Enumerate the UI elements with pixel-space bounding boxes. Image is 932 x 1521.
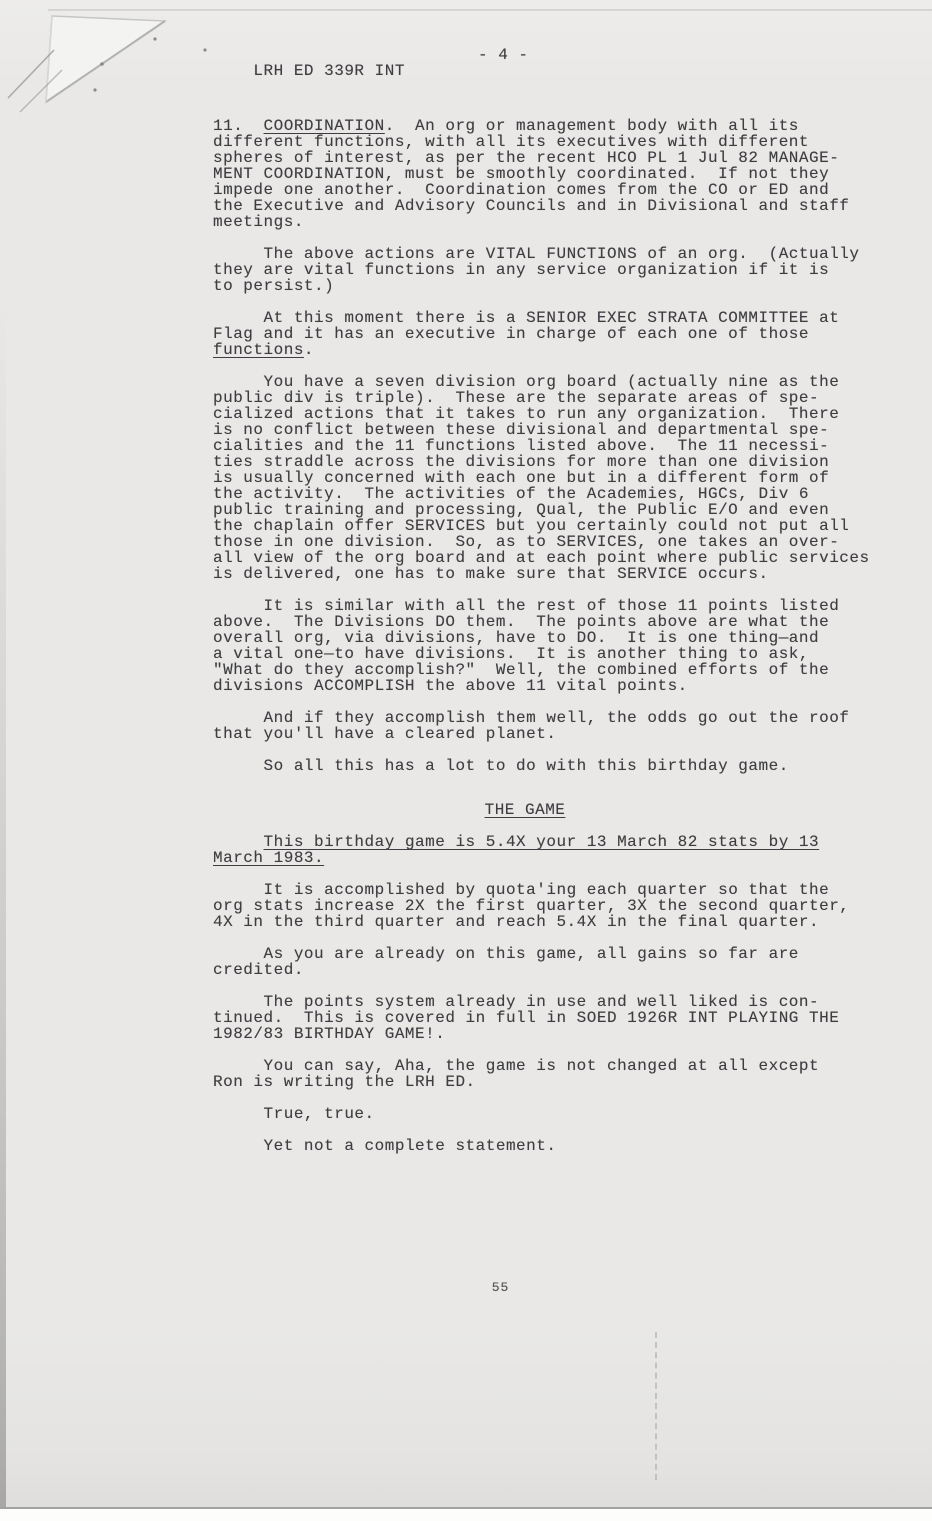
text-run: And if they accomplish them well, the od… <box>213 709 849 743</box>
paragraph: As you are already on this game, all gai… <box>213 946 903 978</box>
paragraph: You can say, Aha, the game is not change… <box>213 1058 903 1090</box>
paper-bottom-edge <box>0 1507 932 1521</box>
text-run: It is accomplished by quota'ing each qua… <box>213 881 849 931</box>
text-run: . An org or management body with all its… <box>213 117 849 231</box>
text-run: You have a seven division org board (act… <box>213 373 870 583</box>
header-page-marker: - 4 - <box>478 47 529 63</box>
paragraph: Yet not a complete statement. <box>213 1138 903 1154</box>
paragraph: The above actions are VITAL FUNCTIONS of… <box>213 246 903 294</box>
paragraph: You have a seven division org board (act… <box>213 374 903 582</box>
paragraph: At this moment there is a SENIOR EXEC ST… <box>213 310 903 358</box>
text-run: At this moment there is a SENIOR EXEC ST… <box>213 309 839 343</box>
text-run: The points system already in use and wel… <box>213 993 839 1043</box>
paragraph: It is accomplished by quota'ing each qua… <box>213 882 903 930</box>
scan-edge-shadow <box>0 300 6 1507</box>
page-fold-corner-decoration <box>0 0 230 190</box>
text-run: Yet not a complete statement. <box>213 1137 556 1155</box>
section-heading: THE GAME <box>213 802 837 818</box>
document-id: LRH ED 339R INT <box>253 62 405 80</box>
staple-hole-dot <box>100 62 104 66</box>
underlined-text: This birthday game is 5.4X your 13 March… <box>213 833 819 867</box>
footer-page-number: 55 <box>213 1281 788 1294</box>
paragraph: True, true. <box>213 1106 903 1122</box>
document-body: 11. COORDINATION. An org or management b… <box>213 118 903 1154</box>
text-run: The above actions are VITAL FUNCTIONS of… <box>213 245 860 295</box>
text-run: So all this has a lot to do with this bi… <box>213 757 789 775</box>
text-run: You can say, Aha, the game is not change… <box>213 1057 819 1091</box>
paragraph: So all this has a lot to do with this bi… <box>213 758 903 774</box>
paragraph: The points system already in use and wel… <box>213 994 903 1042</box>
paragraph: This birthday game is 5.4X your 13 March… <box>213 834 903 866</box>
paragraph: And if they accomplish them well, the od… <box>213 710 903 742</box>
paragraph: It is similar with all the rest of those… <box>213 598 903 694</box>
scanned-document-page: LRH ED 339R INT - 4 - 11. COORDINATION. … <box>0 0 932 1521</box>
staple-hole-dot <box>93 88 96 91</box>
underlined-text: THE GAME <box>485 801 566 819</box>
staple-hole-dot <box>203 48 206 51</box>
text-run: . <box>304 341 314 359</box>
staple-hole-dot <box>153 37 156 40</box>
text-run: True, true. <box>213 1105 375 1123</box>
text-run: As you are already on this game, all gai… <box>213 945 799 979</box>
text-run: It is similar with all the rest of those… <box>213 597 839 695</box>
underlined-text: functions <box>213 341 304 359</box>
paragraph: 11. COORDINATION. An org or management b… <box>213 118 903 230</box>
scan-smudge-artifact <box>655 1332 657 1480</box>
page-header: LRH ED 339R INT - 4 - <box>213 47 893 111</box>
